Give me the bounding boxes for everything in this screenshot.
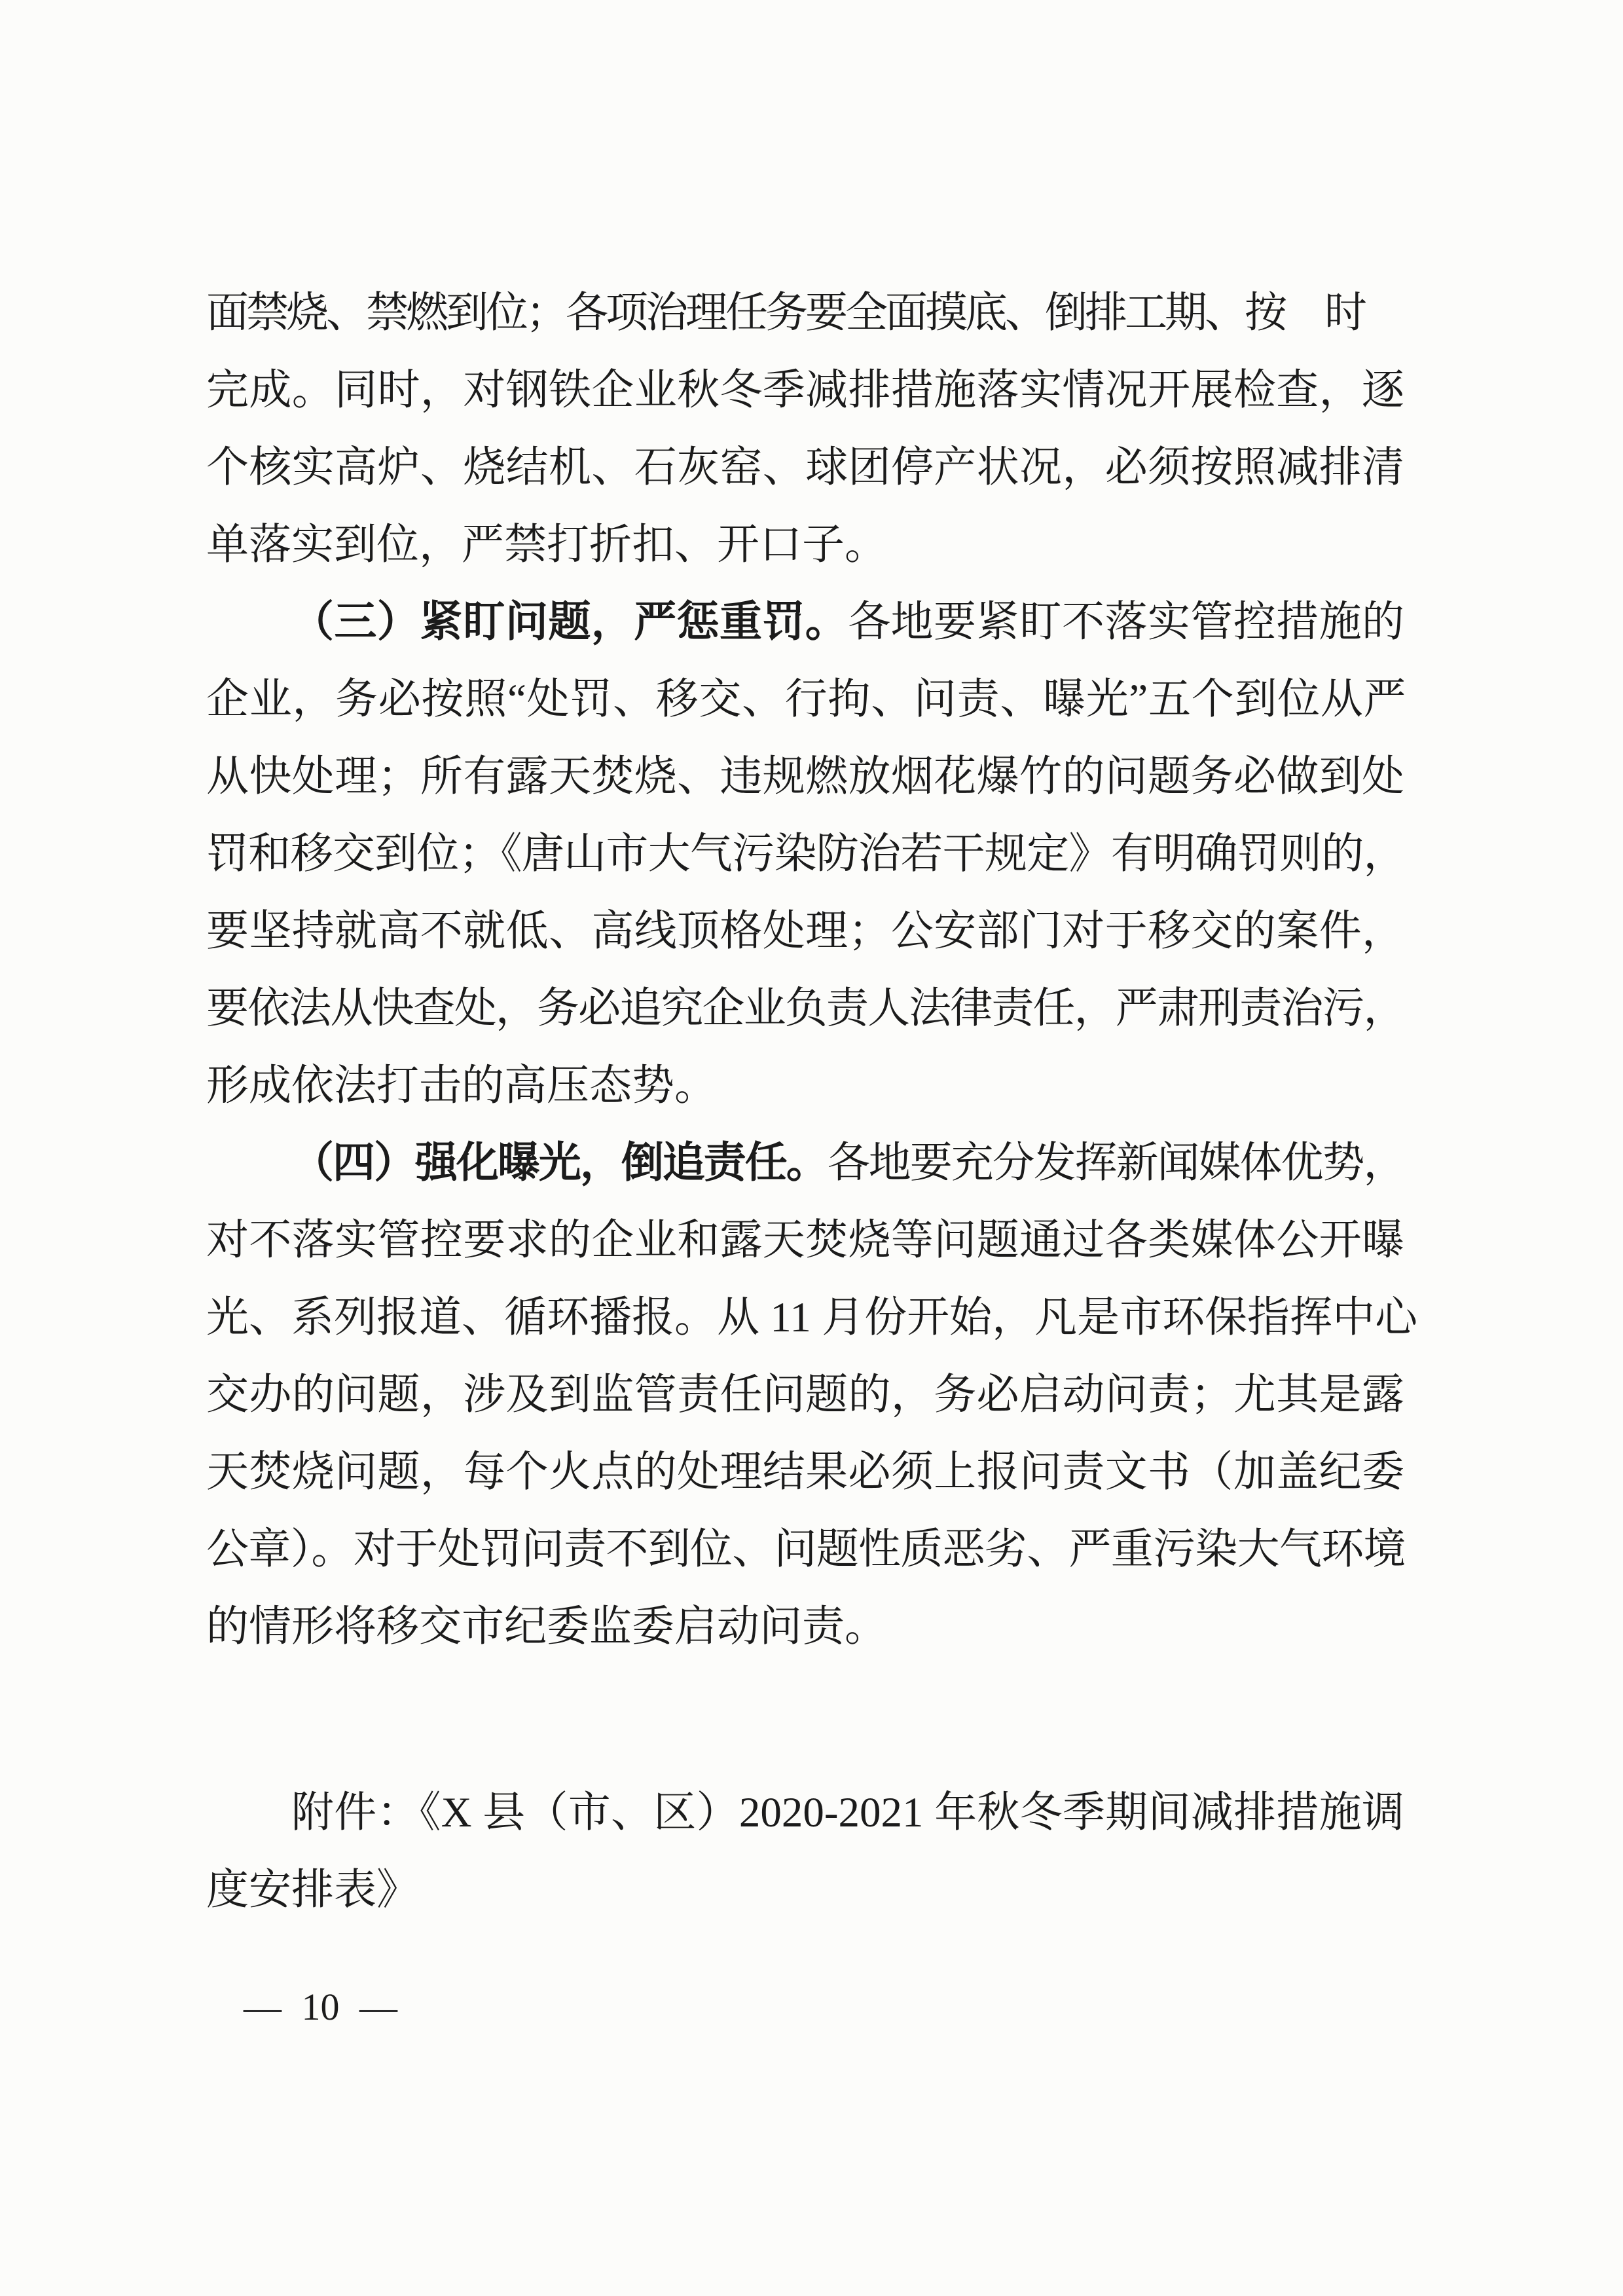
text-line: （三）紧盯问题，严惩重罚。各地要紧盯不落实管控措施的: [206, 583, 1404, 661]
text-line: 单落实到位，严禁打折扣、开口子。: [206, 506, 1404, 583]
document-body: 面禁烧、禁燃到位；各项治理任务要全面摸底、倒排工期、按 时 完成。同时，对钢铁企…: [206, 274, 1404, 1929]
text-line: 完成。同时，对钢铁企业秋冬季减排措施落实情况开展检查，逐: [206, 352, 1404, 429]
blank-line-spacer: [206, 1665, 1404, 1774]
text-line: 对不落实管控要求的企业和露天焚烧等问题通过各类媒体公开曝: [206, 1202, 1404, 1279]
text-line: 企业，务必按照“处罚、移交、行拘、问责、曝光”五个到位从严: [206, 661, 1404, 738]
item-three-lead-text: 各地要紧盯不落实管控措施的: [848, 599, 1404, 646]
paragraph-item-four: （四）强化曝光，倒追责任。各地要充分发挥新闻媒体优势， 对不落实管控要求的企业和…: [206, 1124, 1404, 1665]
attachment-line: 附件：《X 县（市、区）2020-2021 年秋冬季期间减排措施调: [206, 1774, 1404, 1851]
text-line: 光、系列报道、循环播报。从 11 月份开始，凡是市环保指挥中心: [206, 1279, 1404, 1356]
text-line: （四）强化曝光，倒追责任。各地要充分发挥新闻媒体优势，: [206, 1124, 1404, 1202]
text-line: 从快处理；所有露天焚烧、违规燃放烟花爆竹的问题务必做到处: [206, 738, 1404, 815]
scanned-document-page: 面禁烧、禁燃到位；各项治理任务要全面摸底、倒排工期、按 时 完成。同时，对钢铁企…: [0, 0, 1623, 2296]
text-line: 天焚烧问题，每个火点的处理结果必须上报问责文书（加盖纪委: [206, 1434, 1404, 1511]
text-line: 要依法从快查处，务必追究企业负责人法律责任，严肃刑责治污，: [206, 970, 1404, 1047]
page-number: — 10 —: [244, 1979, 397, 2035]
item-four-heading: （四）强化曝光，倒追责任。: [291, 1139, 828, 1187]
item-four-lead-text: 各地要充分发挥新闻媒体优势，: [828, 1139, 1404, 1187]
text-line: 罚和移交到位；《唐山市大气污染防治若干规定》有明确罚则的，: [206, 815, 1404, 893]
text-line: 形成依法打击的高压态势。: [206, 1047, 1404, 1124]
attachment-line: 度安排表》: [206, 1851, 1404, 1929]
paragraph-attachment: 附件：《X 县（市、区）2020-2021 年秋冬季期间减排措施调 度安排表》: [206, 1774, 1404, 1929]
text-line: 个核实高炉、烧结机、石灰窑、球团停产状况，必须按照减排清: [206, 429, 1404, 506]
paragraph-item-three: （三）紧盯问题，严惩重罚。各地要紧盯不落实管控措施的 企业，务必按照“处罚、移交…: [206, 583, 1404, 1124]
paragraph-continuation: 面禁烧、禁燃到位；各项治理任务要全面摸底、倒排工期、按 时 完成。同时，对钢铁企…: [206, 274, 1404, 583]
text-line: 面禁烧、禁燃到位；各项治理任务要全面摸底、倒排工期、按 时: [206, 274, 1404, 352]
text-line: 要坚持就高不就低、高线顶格处理；公安部门对于移交的案件，: [206, 893, 1404, 970]
text-line: 公章）。对于处罚问责不到位、问题性质恶劣、严重污染大气环境: [206, 1511, 1404, 1588]
text-line: 交办的问题，涉及到监管责任问题的，务必启动问责；尤其是露: [206, 1356, 1404, 1434]
item-three-heading: （三）紧盯问题，严惩重罚。: [291, 599, 848, 646]
text-line: 的情形将移交市纪委监委启动问责。: [206, 1588, 1404, 1665]
